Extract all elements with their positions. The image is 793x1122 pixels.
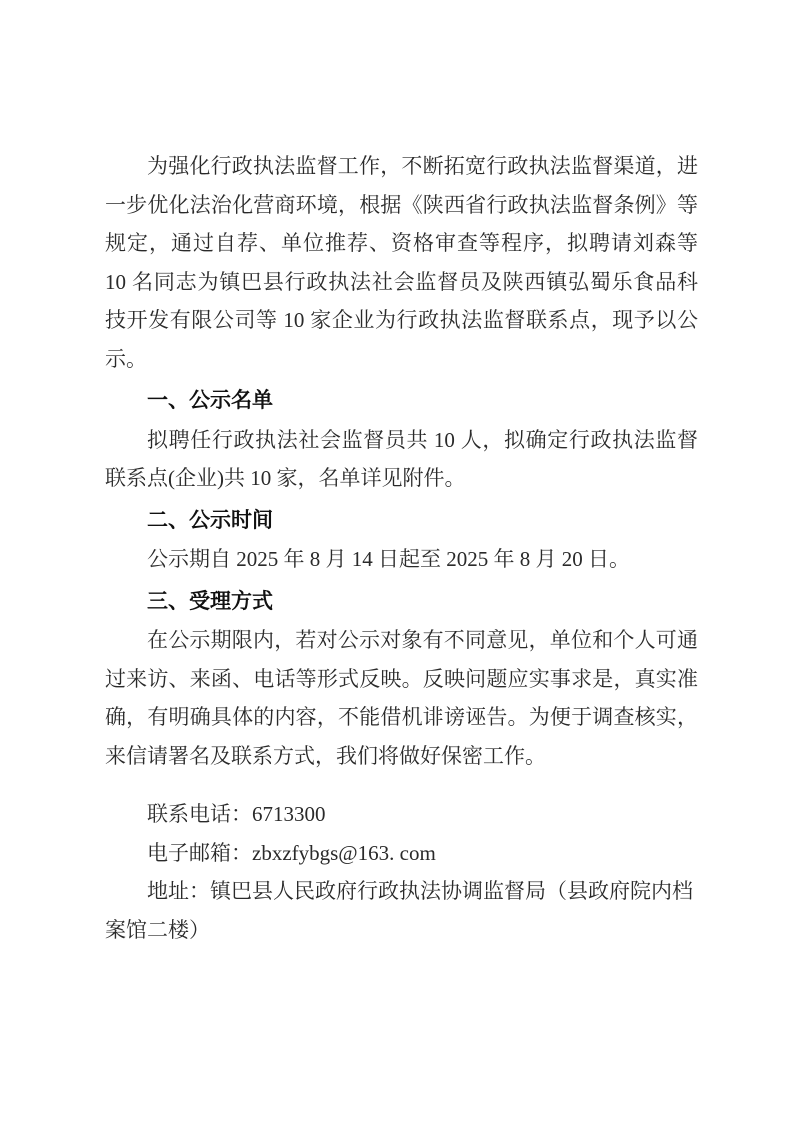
contact-email-label: 电子邮箱： (147, 841, 252, 865)
contact-phone-line: 联系电话：6713300 (105, 795, 698, 834)
intro-paragraph: 为强化行政执法监督工作，不断拓宽行政执法监督渠道，进一步优化法治化营商环境，根据… (105, 147, 698, 378)
section-3-heading: 三、受理方式 (105, 583, 698, 622)
section-1-heading: 一、公示名单 (105, 382, 698, 421)
contact-block: 联系电话：6713300 电子邮箱：zbxzfybgs@163. com 地址：… (105, 795, 698, 949)
contact-address-line: 地址：镇巴县人民政府行政执法协调监督局（县政府院内档案馆二楼） (105, 872, 698, 949)
section-3-body: 在公示期限内，若对公示对象有不同意见，单位和个人可通过来访、来函、电话等形式反映… (105, 621, 698, 775)
document-page: 为强化行政执法监督工作，不断拓宽行政执法监督渠道，进一步优化法治化营商环境，根据… (0, 0, 793, 1122)
section-2-body: 公示期自 2025 年 8 月 14 日起至 2025 年 8 月 20 日。 (105, 540, 698, 579)
section-1-body: 拟聘任行政执法社会监督员共 10 人，拟确定行政执法监督联系点(企业)共 10 … (105, 421, 698, 498)
contact-email-line: 电子邮箱：zbxzfybgs@163. com (105, 834, 698, 873)
contact-email-value: zbxzfybgs@163. com (252, 841, 436, 865)
contact-phone-value: 6713300 (252, 802, 326, 826)
contact-phone-label: 联系电话： (147, 802, 252, 826)
section-2-heading: 二、公示时间 (105, 502, 698, 541)
notice-content: 为强化行政执法监督工作，不断拓宽行政执法监督渠道，进一步优化法治化营商环境，根据… (105, 147, 698, 949)
